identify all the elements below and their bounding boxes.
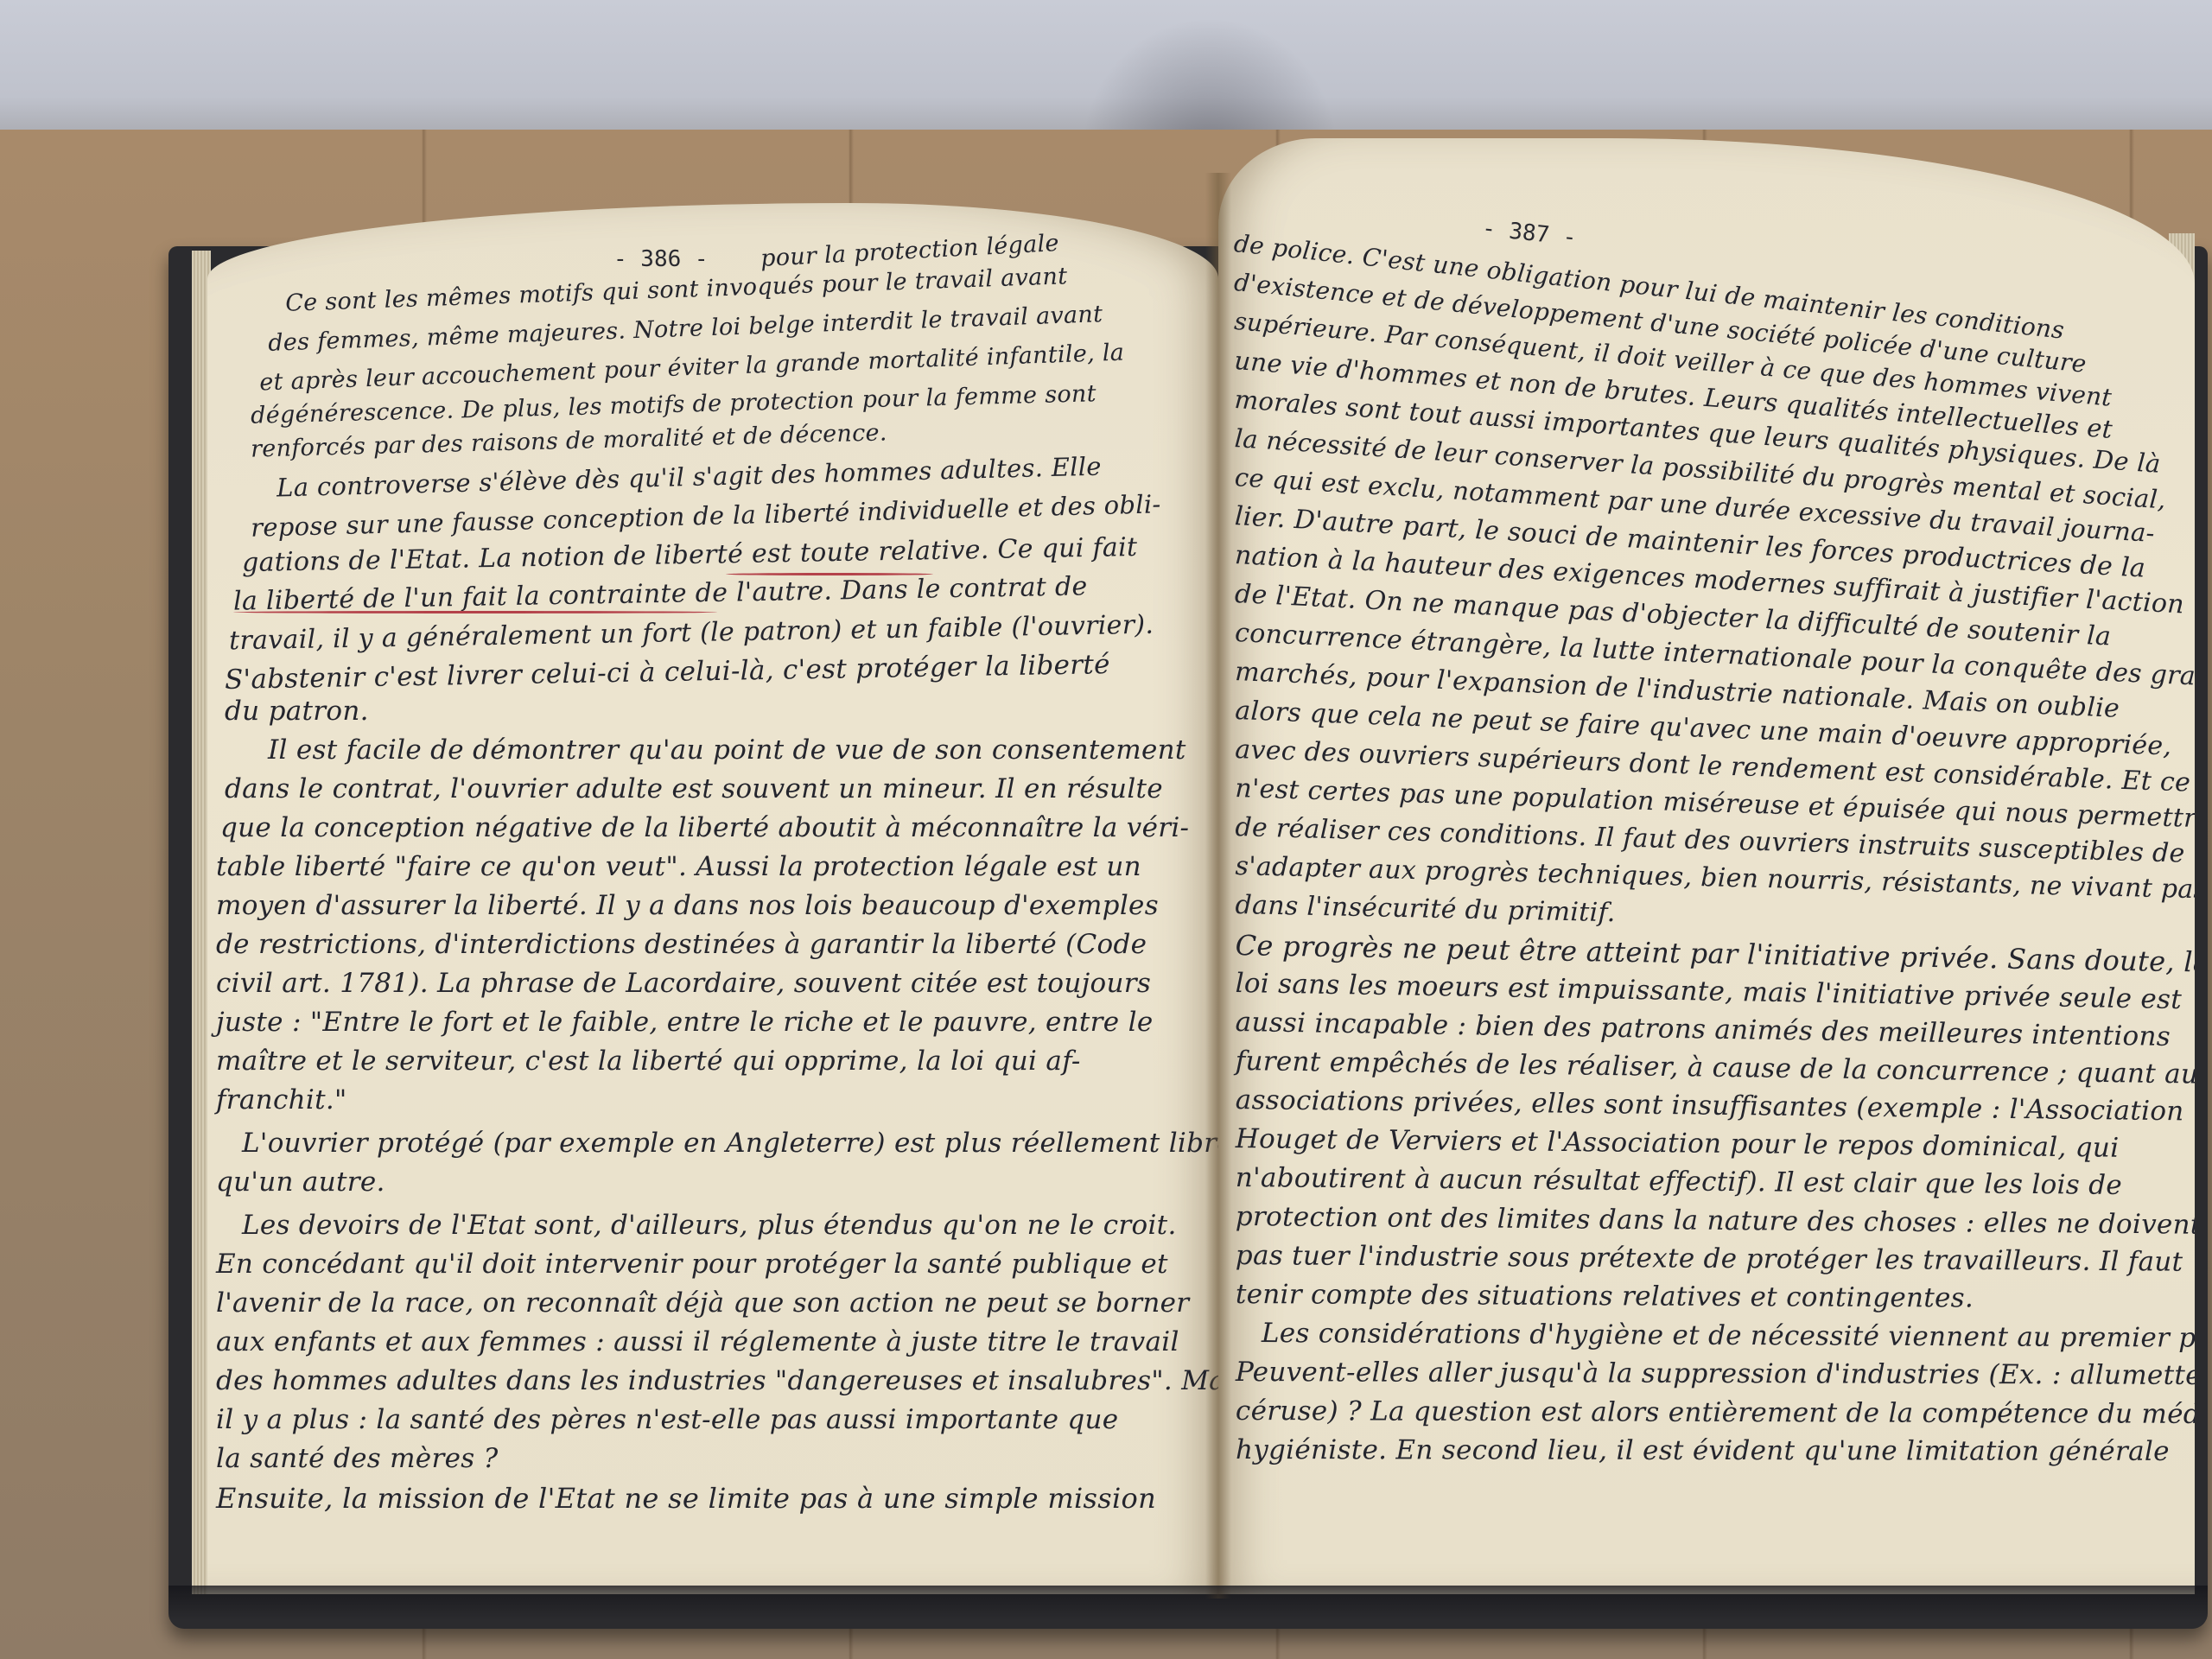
text-line: Peuvent-elles aller jusqu'à la suppressi…	[1236, 1357, 2195, 1391]
text-line: L'ouvrier protégé (par exemple en Anglet…	[242, 1128, 1218, 1159]
text-line: l'avenir de la race, on reconnaît déjà q…	[216, 1287, 1189, 1319]
text-line: n'aboutirent à aucun résultat effectif).…	[1236, 1162, 2122, 1201]
book-bottom-shadow	[168, 1586, 2208, 1620]
left-page: - 386 - pour la protection légale Ce son…	[207, 203, 1218, 1594]
text-line: juste : "Entre le fort et le faible, ent…	[216, 1007, 1153, 1038]
page-number-left: - 386 -	[613, 246, 709, 272]
page-number-right: - 387 -	[1481, 215, 1578, 251]
text-line: franchit."	[216, 1084, 347, 1116]
text-line: Ensuite, la mission de l'Etat ne se limi…	[216, 1482, 1156, 1515]
text-line: S'abstenir c'est livrer celui-ci à celui…	[225, 649, 1110, 696]
text-line: il y a plus : la santé des pères n'est-e…	[216, 1404, 1118, 1435]
text-line: céruse) ? La question est alors entièrem…	[1236, 1395, 2195, 1430]
text-line: table liberté "faire ce qu'on veut". Aus…	[216, 851, 1141, 882]
text-line: Houget de Verviers et l'Association pour…	[1236, 1123, 2120, 1164]
text-line: protection ont des limites dans la natur…	[1236, 1201, 2195, 1241]
red-underline	[726, 573, 933, 575]
text-line: du patron.	[225, 696, 369, 727]
text-line: Les devoirs de l'Etat sont, d'ailleurs, …	[242, 1210, 1177, 1241]
text-line: En concédant qu'il doit intervenir pour …	[216, 1249, 1168, 1280]
text-line: moyen d'assurer la liberté. Il y a dans …	[216, 890, 1159, 921]
text-line: tenir compte des situations relatives et…	[1236, 1279, 1974, 1313]
text-line: la liberté de l'un fait la contrainte de…	[233, 571, 1088, 616]
text-line: maître et le serviteur, c'est la liberté…	[216, 1046, 1081, 1077]
text-line: associations privées, elles sont insuffi…	[1236, 1084, 2184, 1127]
text-line: pas tuer l'industrie sous prétexte de pr…	[1236, 1240, 2183, 1278]
text-line: dans le contrat, l'ouvrier adulte est so…	[225, 773, 1163, 804]
text-line: Il est facile de démontrer qu'au point d…	[268, 734, 1186, 766]
text-line: hygiéniste. En second lieu, il est évide…	[1236, 1434, 2170, 1467]
text-line: civil art. 1781). La phrase de Lacordair…	[216, 968, 1151, 999]
text-line: de restrictions, d'interdictions destiné…	[216, 929, 1147, 960]
text-line: des hommes adultes dans les industries "…	[216, 1365, 1218, 1396]
text-line: la santé des mères ?	[216, 1443, 499, 1474]
red-underline	[233, 611, 717, 613]
text-line: qu'un autre.	[216, 1166, 385, 1198]
right-page: - 387 - de police. C'est une obligation …	[1218, 138, 2195, 1594]
text-line: que la conception négative de la liberté…	[220, 812, 1189, 843]
text-line: furent empêchés de les réaliser, à cause…	[1235, 1046, 2195, 1090]
book-gutter	[1205, 173, 1231, 1599]
text-line: aux enfants et aux femmes : aussi il rég…	[216, 1326, 1179, 1357]
text-line: aussi incapable : bien des patrons animé…	[1235, 1007, 2171, 1052]
text-line: travail, il y a généralement un fort (le…	[229, 610, 1154, 657]
text-line: dans l'insécurité du primitif.	[1235, 890, 1616, 928]
text-line: Les considérations d'hygiène et de néces…	[1262, 1318, 2195, 1354]
